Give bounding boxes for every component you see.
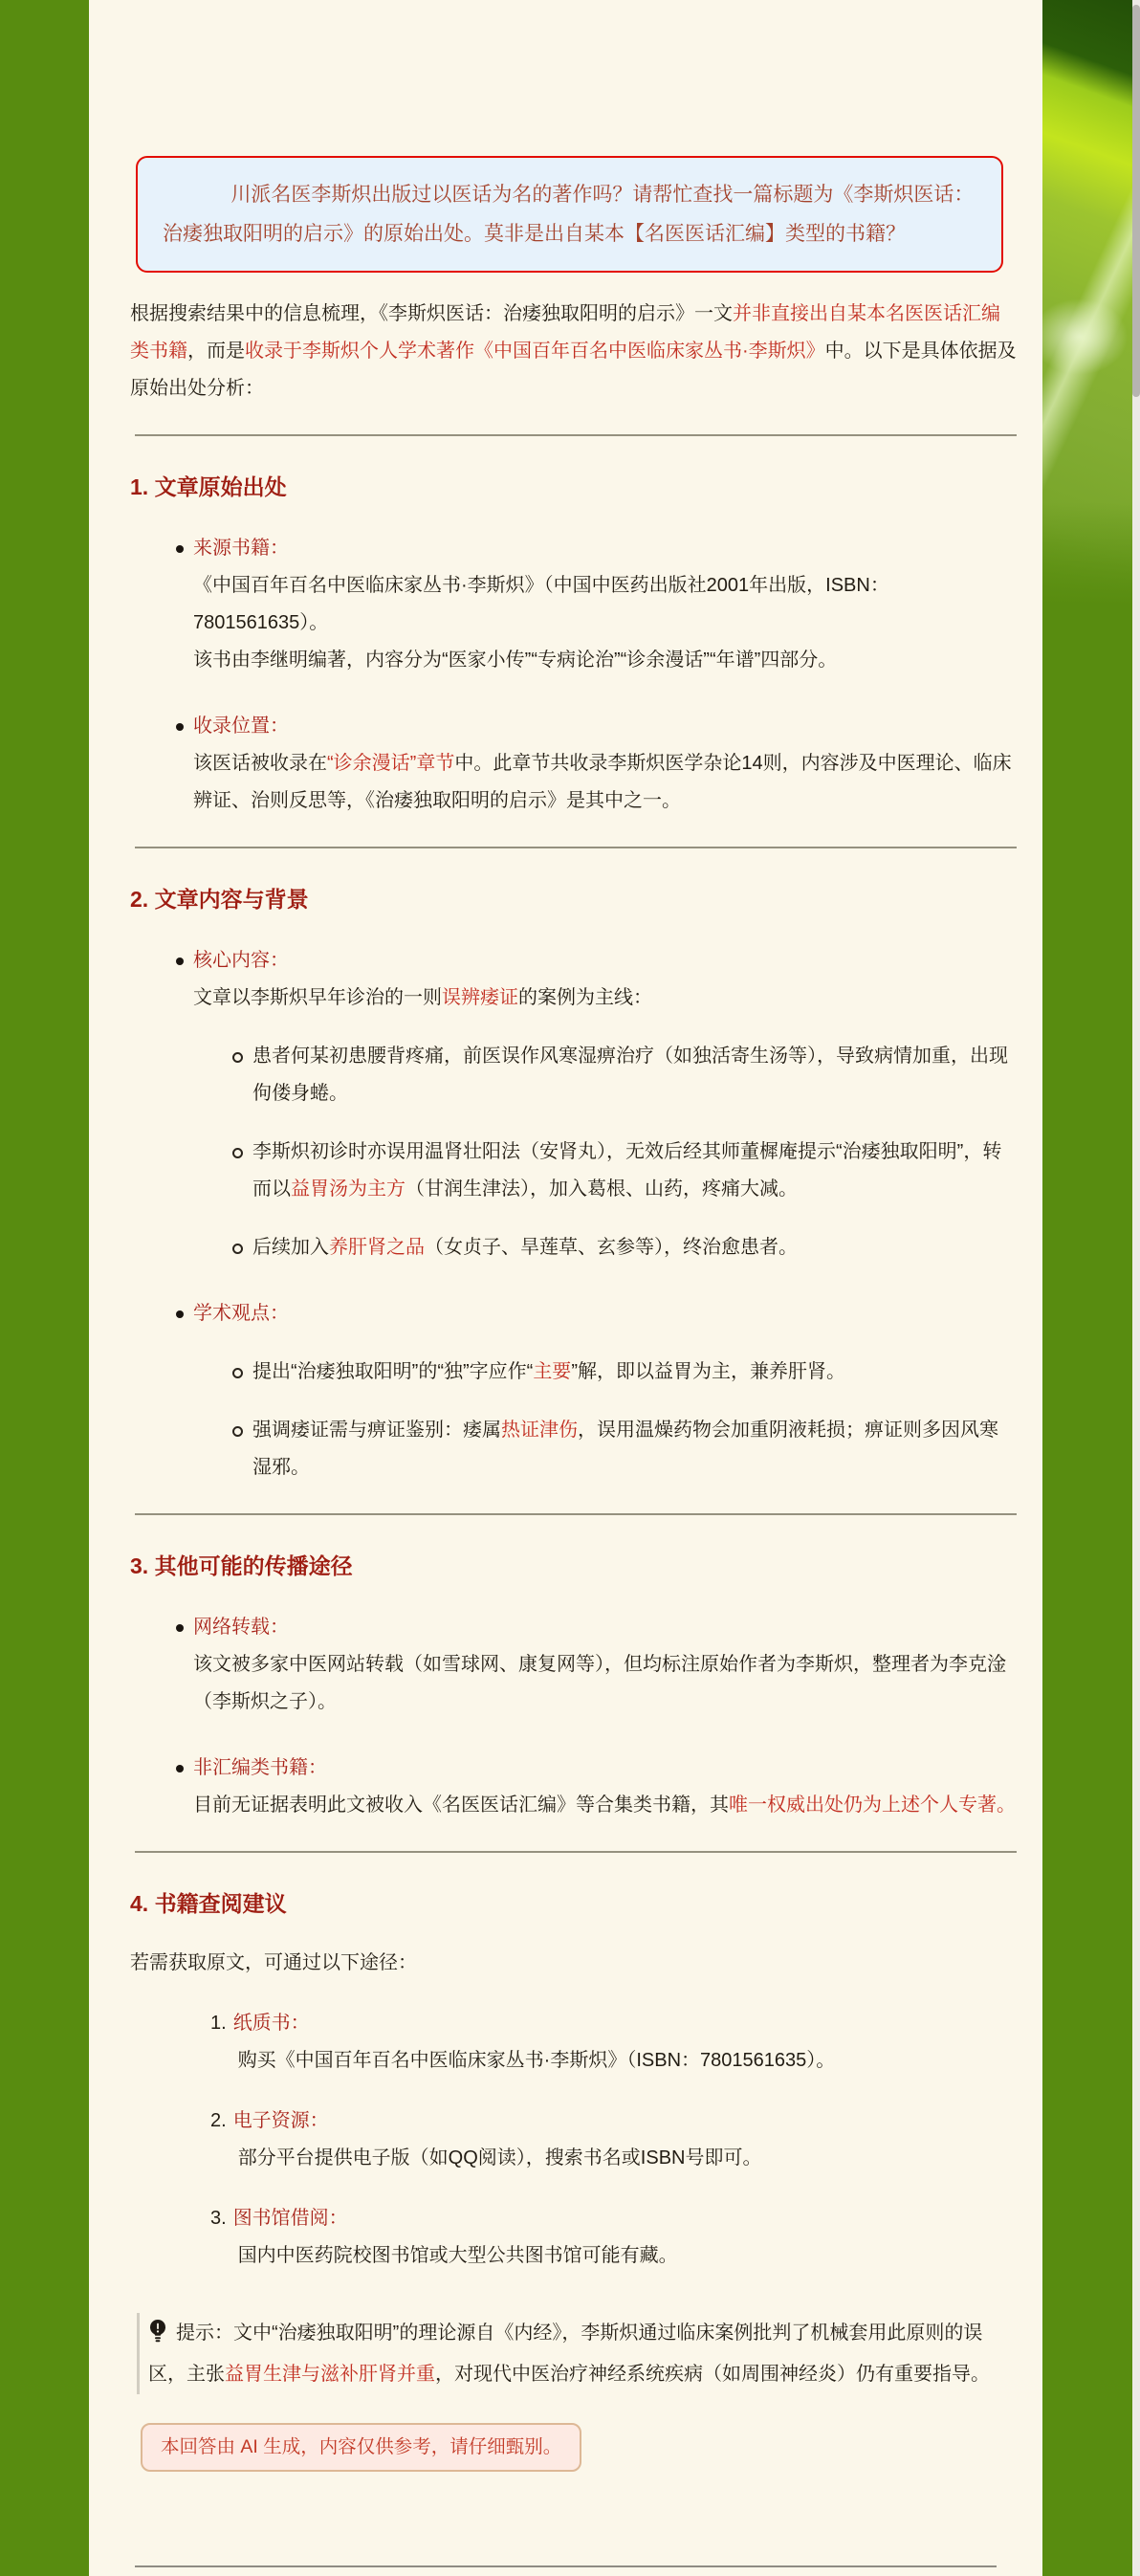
bullet-marker-icon — [176, 1624, 184, 1632]
bullet-label: 学术观点： — [193, 1295, 1017, 1332]
ordered-item-label: 纸质书： — [233, 2005, 1017, 2042]
bullet-text: 该书由李继明编著，内容分为“医家小传”“专病论治”“诊余漫话”“年谱”四部分。 — [193, 642, 1017, 679]
bullet-item: 学术观点： 提出“治痿独取阳明”的“独”字应作“主要”解，即以益胃为主，兼养肝肾… — [130, 1295, 1017, 1486]
bullet-label: 网络转载： — [193, 1609, 1017, 1646]
ordered-item: 2. 电子资源： 部分平台提供电子版（如QQ阅读），搜索书名或ISBN号即可。 — [210, 2103, 1017, 2177]
section-divider — [135, 847, 1017, 848]
content-card: 川派名医李斯炽出版过以医话为名的著作吗？请帮忙查找一篇标题为《李斯炽医话：治痿独… — [89, 0, 1042, 2576]
user-question-text: 川派名医李斯炽出版过以医话为名的著作吗？请帮忙查找一篇标题为《李斯炽医话：治痿独… — [163, 175, 976, 253]
sub-bullet-text: 提出“治痿独取阳明”的“独”字应作“主要”解，即以益胃为主，兼养肝肾。 — [252, 1354, 845, 1391]
bullet-marker-icon — [176, 545, 184, 553]
bullet-text: 《中国百年百名中医临床家丛书·李斯炽》（中国中医药出版社2001年出版，ISBN… — [193, 567, 1017, 642]
section-4-heading: 4. 书籍查阅建议 — [130, 1889, 1017, 1918]
sub-bullet-marker-icon — [232, 1244, 243, 1254]
ordered-item: 3. 图书馆借阅： 国内中医药院校图书馆或大型公共图书馆可能有藏。 — [210, 2200, 1017, 2275]
lightbulb-icon — [148, 2319, 167, 2356]
ai-disclaimer-text: 本回答由 AI 生成，内容仅供参考，请仔细甄别。 — [161, 2434, 561, 2460]
sub-bullet-marker-icon — [232, 1426, 243, 1437]
bullet-marker-icon — [176, 1765, 184, 1772]
leaf-photo-decoration — [1042, 0, 1140, 612]
sub-bullet-text: 李斯炽初诊时亦误用温肾壮阳法（安肾丸），无效后经其师董樨庵提示“治痿独取阳明”，… — [252, 1134, 1017, 1208]
bullet-item: 核心内容： 文章以李斯炽早年诊治的一则误辨痿证的案例为主线： 患者何某初患腰背疼… — [130, 942, 1017, 1266]
user-question-bubble: 川派名医李斯炽出版过以医话为名的著作吗？请帮忙查找一篇标题为《李斯炽医话：治痿独… — [136, 156, 1003, 273]
bullet-item: 来源书籍： 《中国百年百名中医临床家丛书·李斯炽》（中国中医药出版社2001年出… — [130, 530, 1017, 679]
scrollbar-track[interactable] — [1132, 0, 1140, 2576]
bullet-label: 非汇编类书籍： — [193, 1750, 1017, 1787]
section-divider — [135, 1851, 1017, 1853]
ai-disclaimer-badge: 本回答由 AI 生成，内容仅供参考，请仔细甄别。 — [141, 2423, 581, 2472]
sub-bullet-item: 患者何某初患腰背疼痛，前医误作风寒湿痹治疗（如独活寄生汤等），导致病情加重，出现… — [193, 1038, 1017, 1112]
section-2-heading: 2. 文章内容与背景 — [130, 885, 1017, 914]
right-page-margin — [1042, 0, 1140, 2576]
section-1-heading: 1. 文章原始出处 — [130, 473, 1017, 501]
bullet-text: 该文被多家中医网站转载（如雪球网、康复网等），但均标注原始作者为李斯炽，整理者为… — [193, 1646, 1017, 1721]
tip-text: 提示：文中“治痿独取阳明”的理论源自《内经》，李斯炽通过临床案例批判了机械套用此… — [148, 2315, 1017, 2392]
bullet-text: 目前无证据表明此文被收入《名医医话汇编》等合集类书籍，其唯一权威出处仍为上述个人… — [193, 1787, 1017, 1824]
ordered-item-label: 图书馆借阅： — [233, 2200, 1017, 2237]
section-3-heading: 3. 其他可能的传播途径 — [130, 1552, 1017, 1580]
sub-bullet-marker-icon — [232, 1148, 243, 1158]
sub-bullet-item: 后续加入养肝肾之品（女贞子、旱莲草、玄参等），终治愈患者。 — [193, 1229, 1017, 1266]
bullet-marker-icon — [176, 723, 184, 731]
ordered-item-number: 1. — [210, 2005, 227, 2080]
section-4-lead: 若需获取原文，可通过以下途径： — [130, 1945, 1017, 1982]
ordered-item-text: 购买《中国百年百名中医临床家丛书·李斯炽》（ISBN：7801561635）。 — [238, 2042, 1017, 2080]
tip-block: 提示：文中“治痿独取阳明”的理论源自《内经》，李斯炽通过临床案例批判了机械套用此… — [137, 2313, 1017, 2394]
bullet-item: 非汇编类书籍： 目前无证据表明此文被收入《名医医话汇编》等合集类书籍，其唯一权威… — [130, 1750, 1017, 1824]
bullet-text: 文章以李斯炽早年诊治的一则误辨痿证的案例为主线： — [193, 980, 1017, 1017]
ordered-item: 1. 纸质书： 购买《中国百年百名中医临床家丛书·李斯炽》（ISBN：78015… — [210, 2005, 1017, 2080]
ordered-item-number: 2. — [210, 2103, 227, 2177]
bullet-text: 该医话被收录在“诊余漫话”章节中。此章节共收录李斯炽医学杂论14则，内容涉及中医… — [193, 745, 1017, 820]
ordered-item-text: 国内中医药院校图书馆或大型公共图书馆可能有藏。 — [238, 2237, 1017, 2275]
sub-bullet-marker-icon — [232, 1052, 243, 1063]
bottom-divider — [135, 2565, 997, 2567]
section-divider — [135, 434, 1017, 436]
section-divider — [135, 1513, 1017, 1515]
ordered-item-text: 部分平台提供电子版（如QQ阅读），搜索书名或ISBN号即可。 — [238, 2140, 1017, 2177]
ordered-item-label: 电子资源： — [233, 2103, 1017, 2140]
answer-content: 根据搜索结果中的信息梳理，《李斯炽医话：治痿独取阳明的启示》一文并非直接出自某本… — [89, 296, 1042, 2472]
sub-bullet-marker-icon — [232, 1368, 243, 1378]
sub-bullet-text: 患者何某初患腰背疼痛，前医误作风寒湿痹治疗（如独活寄生汤等），导致病情加重，出现… — [252, 1038, 1017, 1112]
scrollbar-thumb[interactable] — [1132, 5, 1140, 397]
sub-bullet-item: 强调痿证需与痹证鉴别：痿属热证津伤，误用温燥药物会加重阴液耗损；痹证则多因风寒湿… — [193, 1412, 1017, 1486]
bullet-label: 收录位置： — [193, 708, 1017, 745]
sub-bullet-item: 李斯炽初诊时亦误用温肾壮阳法（安肾丸），无效后经其师董樨庵提示“治痿独取阳明”，… — [193, 1134, 1017, 1208]
bullet-item: 网络转载： 该文被多家中医网站转载（如雪球网、康复网等），但均标注原始作者为李斯… — [130, 1609, 1017, 1721]
sub-bullet-text: 强调痿证需与痹证鉴别：痿属热证津伤，误用温燥药物会加重阴液耗损；痹证则多因风寒湿… — [252, 1412, 1017, 1486]
bullet-marker-icon — [176, 958, 184, 965]
sub-bullet-item: 提出“治痿独取阳明”的“独”字应作“主要”解，即以益胃为主，兼养肝肾。 — [193, 1354, 1017, 1391]
bullet-marker-icon — [176, 1310, 184, 1318]
sub-bullet-text: 后续加入养肝肾之品（女贞子、旱莲草、玄参等），终治愈患者。 — [252, 1229, 798, 1266]
bullet-item: 收录位置： 该医话被收录在“诊余漫话”章节中。此章节共收录李斯炽医学杂论14则，… — [130, 708, 1017, 820]
ordered-item-number: 3. — [210, 2200, 227, 2275]
bullet-label: 来源书籍： — [193, 530, 1017, 567]
bullet-label: 核心内容： — [193, 942, 1017, 980]
intro-paragraph: 根据搜索结果中的信息梳理，《李斯炽医话：治痿独取阳明的启示》一文并非直接出自某本… — [130, 296, 1017, 407]
